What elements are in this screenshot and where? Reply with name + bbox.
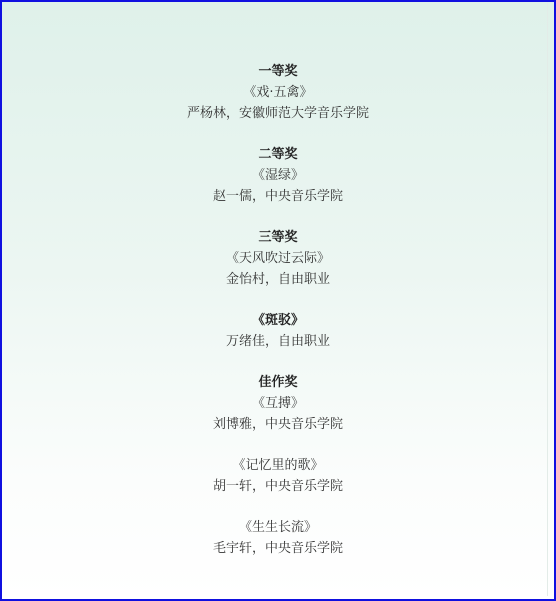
work-title: 《斑驳》 <box>2 310 554 331</box>
award-list-panel: 一等奖 《戏·五禽》 严杨林，安徽师范大学音乐学院 二等奖 《湿绿》 赵一儒，中… <box>0 0 556 601</box>
work-author: 严杨林，安徽师范大学音乐学院 <box>2 103 554 124</box>
award-heading-third-prize: 三等奖 <box>2 227 554 248</box>
work-author: 刘博雅，中央音乐学院 <box>2 414 554 435</box>
work-title: 《天风吹过云际》 <box>2 248 554 269</box>
work-author: 金怡村，自由职业 <box>2 269 554 290</box>
award-heading-honorable-mention: 佳作奖 <box>2 372 554 393</box>
work-author: 万绪佳，自由职业 <box>2 331 554 352</box>
work-title: 《记忆里的歌》 <box>2 455 554 476</box>
work-title: 《互搏》 <box>2 393 554 414</box>
work-title: 《戏·五禽》 <box>2 82 554 103</box>
work-author: 毛宇轩，中央音乐学院 <box>2 538 554 559</box>
award-list: 一等奖 《戏·五禽》 严杨林，安徽师范大学音乐学院 二等奖 《湿绿》 赵一儒，中… <box>2 61 554 559</box>
award-heading-second-prize: 二等奖 <box>2 144 554 165</box>
work-author: 赵一儒，中央音乐学院 <box>2 186 554 207</box>
award-heading-first-prize: 一等奖 <box>2 61 554 82</box>
work-title: 《生生长流》 <box>2 517 554 538</box>
work-title: 《湿绿》 <box>2 165 554 186</box>
work-author: 胡一轩，中央音乐学院 <box>2 476 554 497</box>
